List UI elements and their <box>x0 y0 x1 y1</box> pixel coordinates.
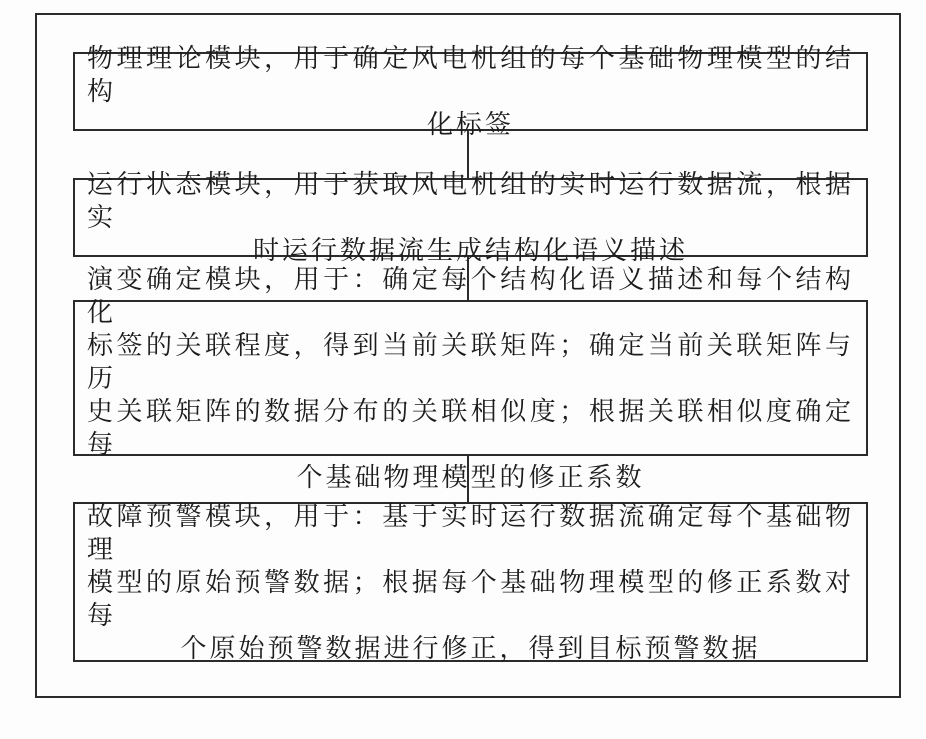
text-line: 标签的关联程度，得到当前关联矩阵；确定当前关联矩阵与历 <box>87 329 854 395</box>
text-line: 史关联矩阵的数据分布的关联相似度；根据关联相似度确定每 <box>87 395 854 461</box>
text-line: 个原始预警数据进行修正，得到目标预警数据 <box>87 632 854 665</box>
module-box-operating-state: 运行状态模块，用于获取风电机组的实时运行数据流，根据实时运行数据流生成结构化语义… <box>73 178 868 257</box>
text-line: 运行状态模块，用于获取风电机组的实时运行数据流，根据实 <box>87 168 854 234</box>
text-line: 故障预警模块，用于：基于实时运行数据流确定每个基础物理 <box>87 500 854 566</box>
module-box-evolution-determination: 演变确定模块，用于：确定每个结构化语义描述和每个结构化标签的关联程度，得到当前关… <box>73 300 868 456</box>
text-line: 化标签 <box>87 108 854 141</box>
text-line: 物理理论模块，用于确定风电机组的每个基础物理模型的结构 <box>87 42 854 108</box>
text-line: 个基础物理模型的修正系数 <box>87 461 854 494</box>
figure-canvas: 物理理论模块，用于确定风电机组的每个基础物理模型的结构化标签 运行状态模块，用于… <box>0 0 926 739</box>
module-box-physical-theory: 物理理论模块，用于确定风电机组的每个基础物理模型的结构化标签 <box>73 52 868 131</box>
text-line: 演变确定模块，用于：确定每个结构化语义描述和每个结构化 <box>87 263 854 329</box>
outer-frame: 物理理论模块，用于确定风电机组的每个基础物理模型的结构化标签 运行状态模块，用于… <box>35 13 901 698</box>
text-line: 模型的原始预警数据；根据每个基础物理模型的修正系数对每 <box>87 566 854 632</box>
connector-line-3 <box>467 456 469 502</box>
module-box-fault-warning: 故障预警模块，用于：基于实时运行数据流确定每个基础物理模型的原始预警数据；根据每… <box>73 502 868 662</box>
